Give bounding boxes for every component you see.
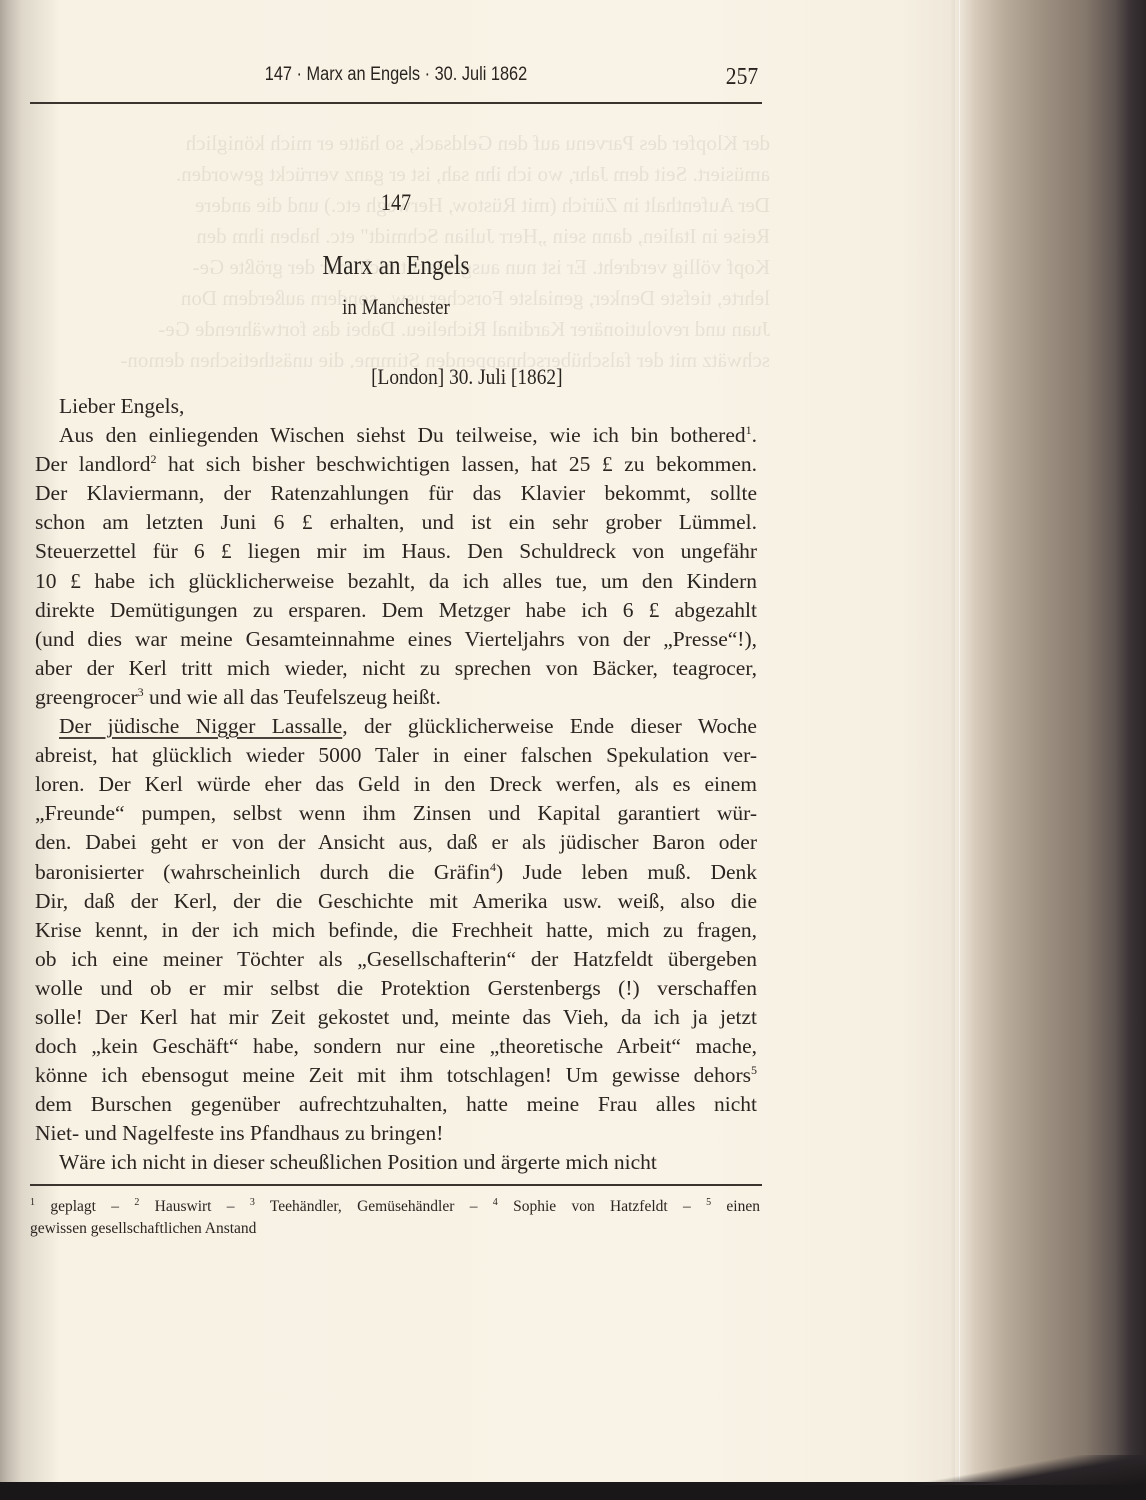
text-run: Wäre ich nicht in dieser scheußlichen Po…	[59, 1150, 657, 1174]
body-line: loren. Der Kerl würde eher das Geld in d…	[35, 770, 757, 799]
footnotes: 1 geplagt – 2 Hauswirt – 3 Teehändler, G…	[30, 1196, 760, 1240]
text-run: dem Burschen gegenüber aufrechtzuhalten,…	[35, 1092, 757, 1116]
letter-subtitle: in Manchester	[81, 294, 711, 320]
text-run: baronisierter (wahrscheinlich durch die …	[35, 860, 490, 884]
text-run: direkte Demütigungen zu ersparen. Dem Me…	[35, 598, 757, 622]
text-run: loren. Der Kerl würde eher das Geld in d…	[35, 772, 757, 796]
body-line: den. Dabei geht er von der Ansicht aus, …	[35, 828, 757, 857]
running-head: 147 · Marx an Engels · 30. Juli 1862 257	[30, 62, 762, 102]
body-line: 10 £ habe ich glücklicherweise bezahlt, …	[35, 567, 757, 596]
text-run: ) Jude leben muß. Denk	[496, 860, 757, 884]
letter-number: 147	[74, 190, 718, 216]
footnote-line: 1 geplagt – 2 Hauswirt – 3 Teehändler, G…	[30, 1196, 760, 1218]
text-run: Der landlord	[35, 452, 150, 476]
page-stack-edge	[955, 0, 1146, 1482]
body-line: Aus den einliegenden Wischen siehst Du t…	[35, 421, 757, 450]
body-line: greengrocer3 und wie all das Teufelszeug…	[35, 683, 757, 712]
page-number: 257	[726, 64, 758, 91]
footnote-text: geplagt –	[35, 1198, 134, 1215]
text-run: Der Klaviermann, der Ratenzahlungen für …	[35, 481, 757, 505]
body-line: könne ich ebensogut meine Zeit mit ihm t…	[35, 1061, 757, 1090]
scanned-book-spread: der Klopfer des Parvenu auf den Geldsack…	[0, 0, 1146, 1500]
body-line: doch „kein Geschäft“ habe, sondern nur e…	[35, 1032, 757, 1061]
pencil-underlined-text: Der jüdische Nigger Lassalle	[59, 714, 342, 738]
body-line: direkte Demütigungen zu ersparen. Dem Me…	[35, 596, 757, 625]
body-line: Steuerzettel für 6 £ liegen mir im Haus.…	[35, 537, 757, 566]
footnote-text: Hauswirt –	[139, 1198, 250, 1215]
text-run: und wie all das Teufelszeug heißt.	[144, 685, 441, 709]
text-run: Niet- und Nagelfeste ins Pfandhaus zu br…	[35, 1121, 443, 1145]
text-run: „Freunde“ pumpen, selbst wenn ihm Zinsen…	[35, 801, 757, 825]
body-line: dem Burschen gegenüber aufrechtzuhalten,…	[35, 1090, 757, 1119]
body-line: ob ich eine meiner Töchter als „Gesellsc…	[35, 945, 757, 974]
footnote-text: einen	[711, 1198, 760, 1215]
body-line: wolle und ob er mir selbst die Protektio…	[35, 974, 757, 1003]
letter-body: Lieber Engels, Aus den einliegenden Wisc…	[35, 392, 757, 1178]
footnote-line: gewissen gesellschaftlichen Anstand	[30, 1218, 760, 1240]
book-page: der Klopfer des Parvenu auf den Geldsack…	[0, 0, 955, 1482]
footnote-text: Teehändler, Gemüsehändler –	[255, 1198, 493, 1215]
text-run: Dir, daß der Kerl, der die Geschichte mi…	[35, 889, 757, 913]
text-run: greengrocer	[35, 685, 138, 709]
text-run: den. Dabei geht er von der Ansicht aus, …	[35, 830, 757, 854]
salutation: Lieber Engels,	[35, 392, 757, 421]
body-line: baronisierter (wahrscheinlich durch die …	[35, 858, 757, 887]
body-line: Wäre ich nicht in dieser scheußlichen Po…	[35, 1148, 757, 1177]
body-line: abreist, hat glücklich wieder 5000 Taler…	[35, 741, 757, 770]
body-lines: Aus den einliegenden Wischen siehst Du t…	[35, 421, 757, 1177]
text-run: wolle und ob er mir selbst die Protektio…	[35, 976, 757, 1000]
running-head-title: 147 · Marx an Engels · 30. Juli 1862	[81, 64, 711, 86]
letter-title: Marx an Engels	[81, 250, 711, 281]
header-rule	[30, 102, 762, 104]
text-run: , der glücklicherweise Ende dieser Woche	[342, 714, 757, 738]
body-line: Der Klaviermann, der Ratenzahlungen für …	[35, 479, 757, 508]
text-run: könne ich ebensogut meine Zeit mit ihm t…	[35, 1063, 751, 1087]
text-run: abreist, hat glücklich wieder 5000 Taler…	[35, 743, 757, 767]
letter-dateline: [London] 30. Juli [1862]	[372, 364, 563, 390]
text-run: ob ich eine meiner Töchter als „Gesellsc…	[35, 947, 757, 971]
text-run: hat sich bisher beschwichtigen lassen, h…	[156, 452, 757, 476]
body-line: Niet- und Nagelfeste ins Pfandhaus zu br…	[35, 1119, 757, 1148]
footnote-rule	[30, 1184, 762, 1186]
body-line: Dir, daß der Kerl, der die Geschichte mi…	[35, 887, 757, 916]
text-run: solle! Der Kerl hat mir Zeit gekostet un…	[35, 1005, 757, 1029]
body-line: „Freunde“ pumpen, selbst wenn ihm Zinsen…	[35, 799, 757, 828]
body-line: solle! Der Kerl hat mir Zeit gekostet un…	[35, 1003, 757, 1032]
body-line: Der jüdische Nigger Lassalle, der glückl…	[35, 712, 757, 741]
text-run: doch „kein Geschäft“ habe, sondern nur e…	[35, 1034, 757, 1058]
text-run: aber der Kerl tritt mich wieder, nicht z…	[35, 656, 757, 680]
text-run: Aus den einliegenden Wischen siehst Du t…	[59, 423, 746, 447]
body-line: Krise kennt, in der ich mich befinde, di…	[35, 916, 757, 945]
text-run: (und dies war meine Gesamteinnahme eines…	[35, 627, 757, 651]
text-run: 10 £ habe ich glücklicherweise bezahlt, …	[35, 569, 757, 593]
scanner-corner-shadow	[915, 1455, 1146, 1485]
text-run: schon am letzten Juni 6 £ erhalten, und …	[35, 510, 757, 534]
footnote-marker: 5	[751, 1063, 757, 1077]
text-run: .	[752, 423, 757, 447]
text-run: Steuerzettel für 6 £ liegen mir im Haus.…	[35, 539, 757, 563]
body-line: aber der Kerl tritt mich wieder, nicht z…	[35, 654, 757, 683]
body-line: Der landlord2 hat sich bisher beschwicht…	[35, 450, 757, 479]
show-through-text: der Klopfer des Parvenu auf den Geldsack…	[30, 128, 770, 368]
body-line: (und dies war meine Gesamteinnahme eines…	[35, 625, 757, 654]
text-run: Krise kennt, in der ich mich befinde, di…	[35, 918, 757, 942]
footnote-text: Sophie von Hatzfeldt –	[498, 1198, 706, 1215]
body-line: schon am letzten Juni 6 £ erhalten, und …	[35, 508, 757, 537]
